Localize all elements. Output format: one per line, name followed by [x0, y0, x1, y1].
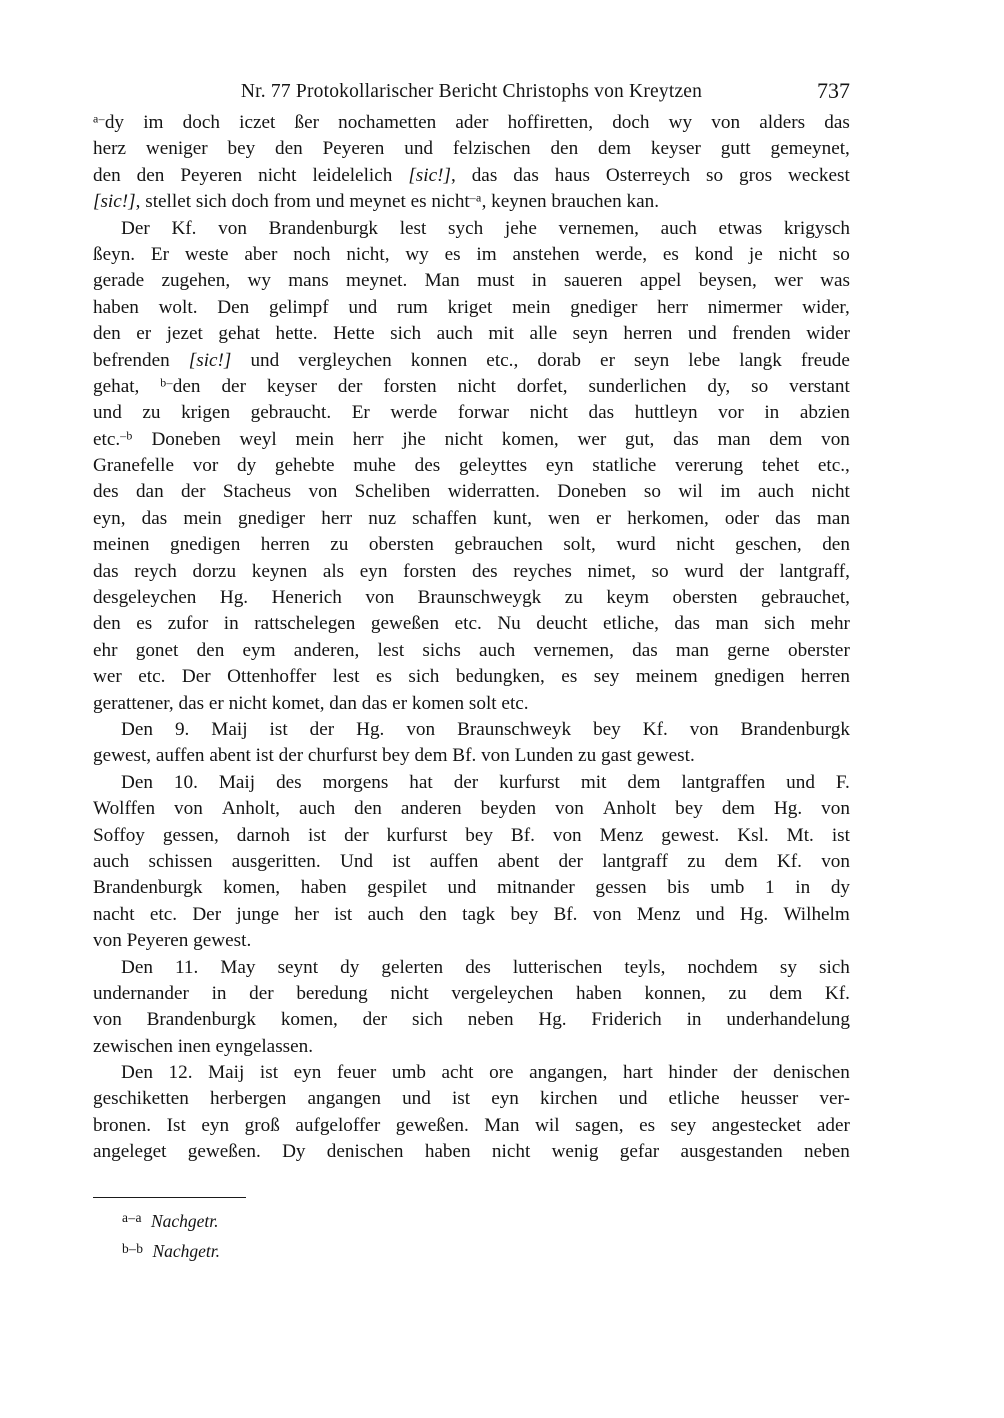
text-run: neben	[468, 1009, 514, 1030]
text-run: des	[472, 561, 498, 582]
text-run: huttleyn	[635, 402, 698, 423]
word: nimet,	[587, 559, 636, 585]
text-run: befrenden	[93, 350, 170, 371]
word: Und	[340, 849, 373, 875]
word: von	[365, 585, 394, 611]
word: und	[404, 136, 433, 162]
word: angeleget	[93, 1139, 167, 1165]
text-run: lantgraff,	[779, 561, 850, 582]
word: undernander	[93, 981, 189, 1007]
text-run: zu	[687, 851, 705, 872]
text-run: ist	[308, 825, 326, 846]
word: man	[817, 506, 850, 532]
text-line: dendenPeyerennichtleidelelich[sic!],dasd…	[93, 163, 850, 189]
word: keym	[606, 585, 649, 611]
text-run: der	[363, 1009, 388, 1030]
text-run: gessen,	[163, 825, 219, 846]
word: das	[775, 506, 801, 532]
word: der	[733, 1060, 758, 1086]
text-run: das	[93, 561, 119, 582]
word: Wolffen	[93, 796, 155, 822]
word: rum	[397, 295, 428, 321]
word: Brandenburgk	[741, 717, 850, 743]
word: neben	[804, 1139, 850, 1165]
text-run: gehebte	[275, 455, 335, 476]
text-run: Scheliben	[355, 481, 431, 502]
text-run: dy,	[707, 376, 730, 397]
word: kurfurst	[387, 823, 448, 849]
word: obersten	[673, 585, 738, 611]
word: anderen	[401, 796, 462, 822]
text-run: dem	[769, 429, 802, 450]
text-run: nicht	[812, 481, 850, 502]
word: vergleychen	[298, 348, 391, 374]
word: weckest	[788, 163, 850, 189]
text-run: obersten	[673, 587, 738, 608]
text-run: nicht	[390, 983, 428, 1004]
text-run: der	[181, 481, 206, 502]
text-line: habenwolt.Dengelimpfundrumkrigetmeingned…	[93, 295, 850, 321]
word: wy	[669, 110, 692, 136]
text-run: Henerich	[272, 587, 342, 608]
text-run: nicht	[458, 376, 496, 397]
text-line: herzwenigerbeydenPeyerenundfelzischenden…	[93, 136, 850, 162]
word: kriget	[448, 295, 493, 321]
text-run: gessen	[595, 877, 646, 898]
text-run: wy	[405, 244, 428, 265]
word: dem	[769, 981, 802, 1007]
text-run: auch	[661, 218, 697, 239]
word: gessen,	[163, 823, 219, 849]
text-run: herkomen,	[627, 508, 709, 529]
text-run: und	[402, 1088, 431, 1109]
word: Peyeren	[180, 163, 242, 189]
text-run: ver-	[819, 1088, 850, 1109]
text-run: Friderich	[591, 1009, 661, 1030]
text-run: ausgestanden	[680, 1141, 782, 1162]
text-run: lantgraffen	[681, 772, 765, 793]
text-line: DerKf.vonBrandenburgklestsychjeheverneme…	[93, 216, 850, 242]
word: zu	[565, 585, 583, 611]
text-line: desgeleychenHg.HenerichvonBraunschweygkz…	[93, 585, 850, 611]
word: wer	[93, 664, 122, 690]
word: nicht	[458, 374, 496, 400]
text-run: Menz	[637, 904, 681, 925]
text-run: sagen,	[575, 1115, 623, 1136]
word: gessen	[595, 875, 646, 901]
text-run: in	[764, 402, 779, 423]
word: iczet	[239, 110, 275, 136]
text-run: dem	[722, 798, 755, 819]
word: das	[142, 506, 168, 532]
text-run: so	[652, 561, 669, 582]
word: er	[600, 348, 615, 374]
word: weyl	[239, 427, 276, 453]
text-run: Brandenburgk	[269, 218, 378, 239]
text-run: doch	[183, 112, 220, 133]
word: May	[220, 955, 255, 981]
text-run: sey	[671, 1115, 697, 1136]
text-run: Den	[121, 957, 153, 978]
word: und	[688, 321, 717, 347]
text-run: Ist	[167, 1115, 186, 1136]
word: 10.	[174, 770, 198, 796]
text-run: wy	[669, 112, 692, 133]
text-run: Hg.	[356, 719, 384, 740]
text-run: und	[348, 297, 377, 318]
text-run: forsten	[383, 376, 436, 397]
text-run: keyser	[267, 376, 317, 397]
text-run: Soffoy	[93, 825, 145, 846]
footnote-marker: b–b	[122, 1241, 143, 1256]
text-run: ausgeritten.	[232, 851, 321, 872]
word: geweßen	[371, 611, 439, 637]
text-run: geweßen.	[396, 1115, 469, 1136]
word: auch	[93, 849, 129, 875]
word: bey	[228, 136, 256, 162]
word: ist	[270, 717, 288, 743]
word: Anholt,	[222, 796, 280, 822]
text-run: appel	[640, 270, 682, 291]
text-run: vergeleychen	[451, 983, 553, 1004]
word: Man	[425, 268, 460, 294]
text-run: dy	[237, 455, 256, 476]
word: weniger	[146, 136, 208, 162]
text-run: weste	[185, 244, 229, 265]
text-run: sunderlichen	[588, 376, 686, 397]
text-run: sich	[764, 613, 795, 634]
text-run: gonet	[136, 640, 179, 661]
text-run: der	[310, 719, 335, 740]
text-run: frenden	[732, 323, 791, 344]
text-run: herren	[801, 666, 850, 687]
word: wider	[806, 321, 850, 347]
word: seynt	[278, 955, 319, 981]
word: das	[673, 427, 699, 453]
text-run: gewest.	[661, 825, 719, 846]
text-run: Man	[484, 1115, 519, 1136]
word: saueren	[564, 268, 623, 294]
text-run: zewischen inen eyngelassen.	[93, 1036, 313, 1057]
text-run: er	[136, 323, 151, 344]
word: und	[448, 875, 477, 901]
text-run: haben	[425, 1141, 471, 1162]
word: von	[218, 216, 247, 242]
text-run: obersten	[369, 534, 434, 555]
word: so	[644, 479, 661, 505]
word: Bf.	[553, 902, 577, 928]
word: etc.–b	[93, 427, 133, 453]
text-run: nimet,	[587, 561, 636, 582]
word: herkomen,	[627, 506, 709, 532]
text-run: hart	[623, 1062, 653, 1083]
word: ßeyn.	[93, 242, 135, 268]
word: der	[181, 479, 206, 505]
word: ver-	[819, 1086, 850, 1112]
text-run: gemeynet,	[770, 138, 849, 159]
text-run: zu	[330, 534, 348, 555]
word: keynen	[252, 559, 307, 585]
word: der	[221, 374, 246, 400]
text-run: der	[733, 1062, 758, 1083]
word: so	[833, 242, 850, 268]
word: sych	[448, 216, 483, 242]
word: Der	[192, 902, 221, 928]
word: Kf.	[777, 849, 802, 875]
text-run: keyser	[651, 138, 701, 159]
word: neben	[468, 1007, 514, 1033]
word: krigysch	[784, 216, 850, 242]
word: umb	[710, 875, 744, 901]
text-run: herren	[261, 534, 310, 555]
text-run: mehr	[811, 613, 850, 634]
text-run: zu	[142, 402, 160, 423]
word: abent	[498, 849, 540, 875]
word: reyches	[513, 559, 572, 585]
text-run: angestecket	[712, 1115, 802, 1136]
text-run: denischen	[327, 1141, 404, 1162]
word: nicht	[258, 163, 296, 189]
word: geweßen.	[188, 1139, 261, 1165]
text-run: must	[477, 270, 514, 291]
text-run: schissen	[149, 851, 213, 872]
text-run: forwar	[458, 402, 509, 423]
word: nochdem	[687, 955, 757, 981]
word: tagk	[462, 902, 495, 928]
apparatus-marker: –b	[120, 428, 133, 442]
word: den	[93, 611, 121, 637]
word: dem	[627, 770, 660, 796]
word: den	[197, 638, 225, 664]
text-run: statliche	[592, 455, 656, 476]
text-run: geschen,	[735, 534, 802, 555]
text-run: etc.,	[486, 350, 518, 371]
text-run: morgens	[323, 772, 389, 793]
word: wurd	[616, 532, 655, 558]
word: doch	[612, 110, 649, 136]
text-run: seyn	[573, 323, 608, 344]
word: aber	[244, 242, 277, 268]
word: herr	[353, 427, 384, 453]
word: in	[224, 611, 239, 637]
word: nicht	[779, 242, 817, 268]
text-run: gnedigen	[714, 666, 784, 687]
text-run: 9.	[175, 719, 189, 740]
text-run: vergleychen	[298, 350, 391, 371]
word: mein	[296, 427, 334, 453]
text-run: 1	[765, 877, 775, 898]
text-run: weyl	[239, 429, 276, 450]
word: angestecket	[712, 1113, 802, 1139]
text-run: seyn	[634, 350, 669, 371]
word: etc.	[138, 664, 165, 690]
text-run: lebe	[688, 350, 720, 371]
text-run: etc.	[138, 666, 165, 687]
word: underhandelung	[726, 1007, 850, 1033]
text-run: es	[445, 244, 461, 265]
word: Braunschweyk	[457, 717, 571, 743]
text-run: vor	[718, 402, 744, 423]
editorial-note: [sic!]	[93, 191, 136, 212]
word: groß	[245, 1113, 280, 1139]
text-run: den	[275, 138, 303, 159]
word: zugehen,	[161, 268, 230, 294]
word: in	[212, 981, 227, 1007]
footnote-separator	[93, 1197, 246, 1198]
text-run: anderen	[401, 798, 462, 819]
word: der	[344, 823, 369, 849]
word: Hg.	[220, 585, 248, 611]
text-run: auch	[437, 323, 473, 344]
word: von	[821, 849, 850, 875]
text-run: Man	[425, 270, 460, 291]
text-run: gut,	[625, 429, 654, 450]
word: herren	[801, 664, 850, 690]
text-run: Maij	[211, 719, 247, 740]
word: lest	[400, 216, 427, 242]
text-line: Den11.Mayseyntdygelertendeslutterischent…	[93, 955, 850, 981]
text-run: wider	[806, 323, 850, 344]
text-run: kurfurst	[387, 825, 448, 846]
word: etc.,	[486, 348, 518, 374]
text-run: sichs	[422, 640, 460, 661]
word: eyn,	[93, 506, 126, 532]
text-run: bis	[667, 877, 689, 898]
word: gerne	[727, 638, 770, 664]
text-run: feuer	[337, 1062, 376, 1083]
text-run: im	[476, 244, 496, 265]
text-run: geschiketten	[93, 1088, 189, 1109]
text-run: umb	[710, 877, 744, 898]
text-run: haben	[301, 877, 347, 898]
word: Er	[151, 242, 169, 268]
text-run: von	[218, 218, 247, 239]
text-run: Hg.	[774, 798, 802, 819]
text-run: heusser	[741, 1088, 799, 1109]
text-run: der	[221, 376, 246, 397]
text-run: Brandenburgk	[147, 1009, 256, 1030]
text-run: krigysch	[784, 218, 850, 239]
word: er	[596, 506, 611, 532]
word: den	[354, 796, 382, 822]
word: abzien	[800, 400, 850, 426]
word: etc.,	[818, 453, 850, 479]
text-line: von Peyeren gewest.	[93, 928, 850, 954]
text-run: vererung	[675, 455, 743, 476]
text-run: desgeleychen	[93, 587, 196, 608]
word: bis	[667, 875, 689, 901]
word: dy	[237, 453, 256, 479]
word: je	[749, 242, 763, 268]
text-run: vernemen,	[559, 218, 639, 239]
text-run: kurfurst	[499, 772, 560, 793]
word: Der	[182, 664, 211, 690]
text-line: [sic!], stellet sich doch from und meyne…	[93, 189, 850, 215]
word: den	[822, 532, 850, 558]
word: F.	[836, 770, 850, 796]
word: gehat	[218, 321, 260, 347]
text-line: nachtetc.DerjungeheristauchdentagkbeyBf.…	[93, 902, 850, 928]
word: der	[558, 849, 583, 875]
word: und	[696, 902, 725, 928]
text-run: F.	[836, 772, 850, 793]
word: gros	[739, 163, 772, 189]
word: krigen	[181, 400, 230, 426]
text-run: von	[553, 825, 582, 846]
text-run: in	[532, 270, 547, 291]
word: denischen	[327, 1139, 404, 1165]
word: sich	[412, 1007, 443, 1033]
text-run: undernander	[93, 983, 189, 1004]
page-number: 737	[817, 78, 850, 104]
text-run: als	[323, 561, 344, 582]
text-run: so	[833, 244, 850, 265]
text-run: wenig	[552, 1141, 599, 1162]
word: Ksl.	[737, 823, 768, 849]
word: oder	[725, 506, 759, 532]
word: den	[93, 163, 121, 189]
text-line: angelegetgeweßen.Dydenischenhabennichtwe…	[93, 1139, 850, 1165]
text-run: man	[716, 613, 749, 634]
word: Den	[121, 770, 153, 796]
text-run: angeleget	[93, 1141, 167, 1162]
word: Den	[121, 955, 153, 981]
word: als	[323, 559, 344, 585]
word: gnedigen	[714, 664, 784, 690]
word: etwas	[719, 216, 763, 242]
text-run: oberster	[788, 640, 850, 661]
text-run: von	[555, 798, 584, 819]
word: dy	[831, 875, 850, 901]
text-run: wil	[535, 1115, 560, 1136]
text-line: weretc.DerOttenhofferlestessichbedungken…	[93, 664, 850, 690]
text-run: beyden	[481, 798, 536, 819]
word: Doneben	[151, 427, 220, 453]
word: gemeynet,	[770, 136, 849, 162]
word: von	[690, 717, 719, 743]
text-run: der	[344, 825, 369, 846]
word: es	[136, 611, 152, 637]
word: wil	[678, 479, 703, 505]
word: kunt,	[493, 506, 532, 532]
text-run: hinder	[668, 1062, 717, 1083]
text-run: eym	[243, 640, 276, 661]
text-line: dasreychdorzukeynenalseynforstendesreych…	[93, 559, 850, 585]
text-run: der	[249, 983, 274, 1004]
word: von	[555, 796, 584, 822]
text-run: des	[93, 481, 119, 502]
word: sich	[390, 321, 421, 347]
word: kond	[695, 242, 733, 268]
word: mein	[512, 295, 550, 321]
text-run: Ottenhoffer	[227, 666, 316, 687]
word: er	[136, 321, 151, 347]
text-run: lantgraff	[602, 851, 668, 872]
text-run: lest	[400, 218, 427, 239]
text-run: von	[821, 429, 850, 450]
word: vererung	[675, 453, 743, 479]
text-run: von Peyeren gewest.	[93, 930, 251, 951]
footnote-marker: a–a	[122, 1210, 142, 1225]
word: so	[751, 374, 768, 400]
word: so	[706, 163, 723, 189]
word: bey	[593, 717, 621, 743]
text-run: deucht	[536, 613, 587, 634]
text-run: leidelelich	[312, 165, 392, 186]
text-run: dy	[340, 957, 359, 978]
text-run: je	[749, 244, 763, 265]
word: sich	[408, 664, 439, 690]
